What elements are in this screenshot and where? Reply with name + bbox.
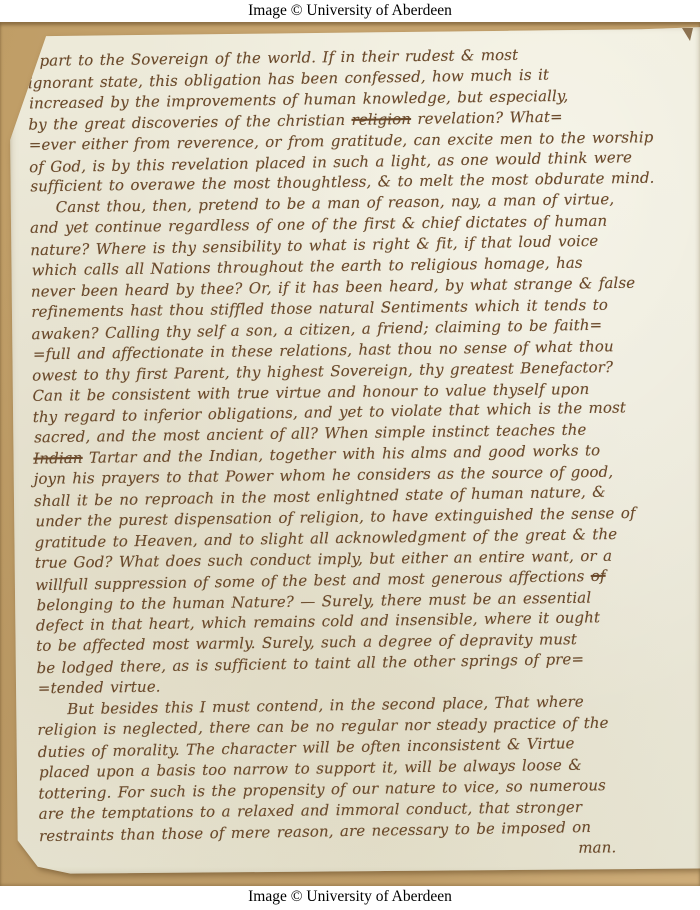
copyright-banner-top: Image © University of Aberdeen [0, 0, 700, 22]
manuscript-text: part to the Sovereign of the world. If i… [8, 25, 700, 867]
manuscript-word-run: revelation? What= [411, 107, 563, 127]
struck-word: of [591, 566, 606, 584]
manuscript-paper: part to the Sovereign of the world. If i… [8, 25, 700, 877]
manuscript-paper-wrap: part to the Sovereign of the world. If i… [8, 25, 700, 877]
manuscript-word-run: =tended virtue. [38, 678, 161, 698]
paper-corner-fold [682, 28, 693, 41]
scan-mat: part to the Sovereign of the world. If i… [0, 22, 700, 886]
manuscript-word-run: by the great discoveries of the christia… [28, 111, 351, 134]
struck-word: Indian [33, 449, 82, 468]
page: { "banner_top": { "text": "Image © Unive… [0, 0, 700, 910]
struck-word: religion [351, 110, 411, 129]
copyright-banner-bottom: Image © University of Aberdeen [0, 886, 700, 910]
